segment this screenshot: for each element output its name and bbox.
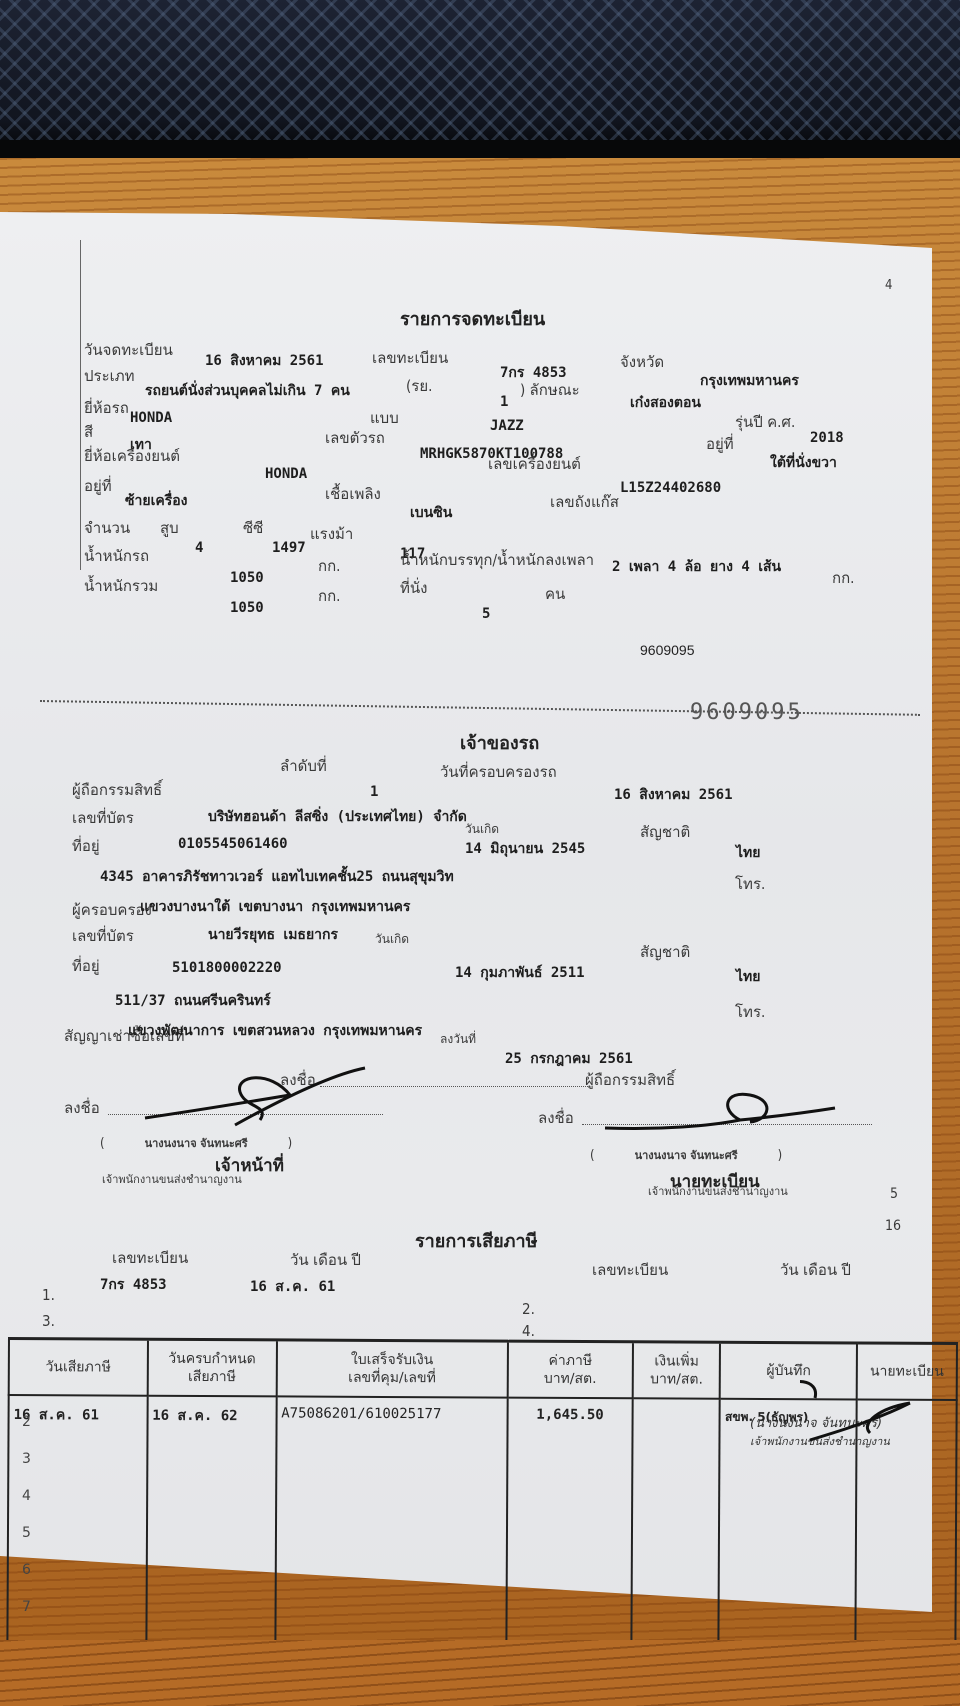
tax-entry-num-2: 2. xyxy=(522,1300,535,1318)
label-hp: แรงม้า xyxy=(310,522,353,546)
tax-entry-plate-1: 7กร 4853 xyxy=(100,1274,167,1296)
tax-plate-label-2: เลขทะเบียน xyxy=(592,1258,668,1282)
value-possessor-nationality: ไทย xyxy=(736,966,760,988)
value-possessor-id: 5101800002220 xyxy=(172,960,282,976)
officer-name: นางนงนาจ จันทนะศรี xyxy=(105,1137,288,1150)
value-holder-name: บริษัทฮอนด้า ลีสซิ่ง (ประเทศไทย) จำกัด xyxy=(208,806,467,828)
margin-number-1: 5 xyxy=(890,1186,898,1202)
value-lease-date: 25 กรกฎาคม 2561 xyxy=(505,1048,633,1070)
label-possessor-birth: วันเกิด xyxy=(375,930,409,949)
value-type: รถยนต์นั่งส่วนบุคคลไม่เกิน 7 คน xyxy=(145,380,350,402)
cell-due-date: 16 ส.ค. 62 xyxy=(146,1396,276,1656)
value-cc: 1497 xyxy=(272,540,306,556)
label-model-year: รุ่นปี ค.ศ. xyxy=(735,410,795,434)
row-number: 4 xyxy=(22,1478,31,1515)
value-holder-address1: 4345 อาคารภิรัชทาวเวอร์ แอทไบเทคชั้น25 ถ… xyxy=(100,866,454,888)
owner-title: เจ้าของรถ xyxy=(460,728,539,757)
label-body: ) ลักษณะ xyxy=(520,378,580,402)
label-sign-officer: ลงชื่อ xyxy=(64,1096,100,1120)
officer-name-paren: (นางนงนาจ จันทนะศรี) xyxy=(100,1134,292,1152)
label-ownership-holder: ผู้ถือกรรมสิทธิ์ xyxy=(72,778,162,802)
page-marker: 4 xyxy=(885,278,892,293)
label-possessor-nationality: สัญชาติ xyxy=(640,940,690,964)
value-holder-nationality: ไทย xyxy=(736,842,760,864)
row-number: 6 xyxy=(22,1552,31,1589)
value-brand: HONDA xyxy=(130,410,172,426)
label-province: จังหวัด xyxy=(620,350,664,374)
row-number: 7 xyxy=(22,1589,31,1626)
label-holder-address: ที่อยู่ xyxy=(72,834,100,858)
value-seats: 5 xyxy=(482,606,490,622)
col-extra: เงินเพิ่ม บาท/สต. xyxy=(633,1342,721,1399)
value-possession-date: 16 สิงหาคม 2561 xyxy=(614,784,733,806)
background-mat xyxy=(0,0,960,150)
cell-extra xyxy=(631,1398,720,1657)
value-possessor-address1: 511/37 ถนนศรีนครินทร์ xyxy=(115,990,271,1012)
mat-edge xyxy=(0,140,960,160)
label-order: ลำดับที่ xyxy=(280,754,327,778)
value-reg-date: 16 สิงหาคม 2561 xyxy=(205,350,324,372)
label-holder-card: เลขที่บัตร xyxy=(72,806,134,830)
row-number: 2 xyxy=(22,1404,31,1441)
label-seats: ที่นั่ง xyxy=(400,576,427,600)
label-holder-role: ผู้ถือกรรมสิทธิ์ xyxy=(585,1068,675,1092)
label-sign-registrar: ลงชื่อ xyxy=(538,1106,574,1130)
registrar-name: นางนงนาจ จันทนะศรี xyxy=(595,1149,778,1162)
label-count: จำนวน xyxy=(84,516,130,540)
officer-signature xyxy=(140,1060,370,1130)
value-fuel: เบนซิน xyxy=(410,502,452,524)
label-ry: (รย. xyxy=(406,374,432,398)
tax-date-label-2: วัน เดือน ปี xyxy=(780,1258,851,1282)
label-possession-date: วันที่ครอบครองรถ xyxy=(440,760,557,784)
registrar-position: เจ้าพนักงานขนส่งชำนาญงาน xyxy=(648,1182,788,1200)
tax-entry-date-1: 16 ส.ค. 61 xyxy=(250,1276,335,1298)
serial-number-faded: 9609095 xyxy=(690,700,804,725)
row-number: 5 xyxy=(22,1515,31,1552)
label-type: ประเภท xyxy=(84,364,135,388)
label-cylinders: สูบ xyxy=(160,516,179,540)
registrar-signature xyxy=(600,1090,840,1140)
tax-plate-label-1: เลขทะเบียน xyxy=(112,1246,188,1270)
col-receipt: ใบเสร็จรับเงิน เลขที่คุม/เลขที่ xyxy=(276,1340,507,1398)
value-holder-address2: แขวงบางนาใต้ เขตบางนา กรุงเทพมหานคร xyxy=(140,896,410,918)
label-possessor-card: เลขที่บัตร xyxy=(72,924,134,948)
value-engine-brand: HONDA xyxy=(265,466,307,482)
value-model: JAZZ xyxy=(490,418,524,434)
wooden-table-bottom xyxy=(0,1640,960,1706)
label-lease-date: ลงวันที่ xyxy=(440,1030,476,1049)
label-possessor-address: ที่อยู่ xyxy=(72,954,100,978)
registrar-name-paren: (นางนงนาจ จันทนะศรี) xyxy=(590,1146,782,1164)
value-engine-loc: ซ้ายเครื่อง xyxy=(125,490,187,512)
label-brand: ยี่ห้อรถ xyxy=(84,396,129,420)
label-engine-brand: ยี่ห้อเครื่องยนต์ xyxy=(84,444,180,468)
label-color: สี xyxy=(84,420,93,444)
value-engine-no: L15Z24402680 xyxy=(620,480,721,496)
label-kg-3: กก. xyxy=(318,584,340,608)
margin-line xyxy=(80,240,81,570)
value-province: กรุงเทพมหานคร xyxy=(700,370,799,392)
value-body: เก๋งสองตอน xyxy=(630,392,701,414)
label-chassis: เลขตัวรถ xyxy=(325,426,385,450)
value-axles: 2 เพลา 4 ล้อ ยาง 4 เส้น xyxy=(612,556,781,578)
label-engine-loc: อยู่ที่ xyxy=(84,474,112,498)
label-vehicle-weight: น้ำหนักรถ xyxy=(84,544,149,568)
serial-number: 9609095 xyxy=(640,642,695,658)
officer-position: เจ้าพนักงานขนส่งชำนาญงาน xyxy=(102,1170,242,1188)
value-possessor-name: นายวีรยุทธ เมธยากร xyxy=(208,924,338,946)
label-chassis-loc: อยู่ที่ xyxy=(706,432,734,456)
label-holder-nationality: สัญชาติ xyxy=(640,820,690,844)
label-fuel: เชื้อเพลิง xyxy=(325,482,381,506)
value-holder-birth: 14 มิถุนายน 2545 xyxy=(465,838,585,860)
value-ry: 1 xyxy=(500,394,508,410)
tax-title: รายการเสียภาษี xyxy=(415,1226,538,1255)
label-kg-2: กก. xyxy=(832,566,854,590)
label-reg-date: วันจดทะเบียน xyxy=(84,338,173,362)
label-load-axle: น้ำหนักบรรทุก/น้ำหนักลงเพลา xyxy=(400,548,594,572)
value-cylinders: 4 xyxy=(195,540,203,556)
label-persons: คน xyxy=(545,582,565,606)
value-order: 1 xyxy=(370,784,378,800)
tax-entry-num-3: 3. xyxy=(42,1312,55,1330)
label-cc: ซีซี xyxy=(243,516,263,540)
registration-title: รายการจดทะเบียน xyxy=(400,304,545,333)
col-due-date: วันครบกำหนด เสียภาษี xyxy=(147,1339,276,1396)
label-plate: เลขทะเบียน xyxy=(372,346,448,370)
row-numbers: 2 3 4 5 6 7 xyxy=(22,1404,31,1626)
col-paid-date: วันเสียภาษี xyxy=(9,1339,148,1396)
label-total-weight: น้ำหนักรวม xyxy=(84,574,158,598)
value-chassis-loc: ใต้ที่นั่งขวา xyxy=(770,452,837,474)
margin-number-2: 16 xyxy=(885,1218,901,1234)
label-possessor-phone: โทร. xyxy=(735,1000,765,1024)
cell-receipt: A75086201/610025177 xyxy=(275,1396,507,1656)
row-number: 3 xyxy=(22,1441,31,1478)
col-tax: ค่าภาษี บาท/สต. xyxy=(507,1341,633,1398)
tax-date-label-1: วัน เดือน ปี xyxy=(290,1248,361,1272)
label-kg-1: กก. xyxy=(318,554,340,578)
label-holder-birth: วันเกิด xyxy=(465,820,499,839)
cell-tax: 1,645.50 xyxy=(506,1398,633,1658)
value-vehicle-weight: 1050 xyxy=(230,570,264,586)
value-total-weight: 1050 xyxy=(230,600,264,616)
value-holder-id: 0105545061460 xyxy=(178,836,288,852)
tax-entry-num-4: 4. xyxy=(522,1322,535,1340)
label-engine-no: เลขเครื่องยนต์ xyxy=(488,452,581,476)
value-model-year: 2018 xyxy=(810,430,844,446)
recorder-signature xyxy=(800,1378,920,1448)
value-possessor-birth: 14 กุมภาพันธ์ 2511 xyxy=(455,962,585,984)
label-gas-tank: เลขถังแก๊ส xyxy=(550,490,619,514)
value-possessor-address2: แขวงพัฒนาการ เขตสวนหลวง กรุงเทพมหานคร xyxy=(128,1020,422,1042)
tax-entry-num-1: 1. xyxy=(42,1286,55,1304)
label-holder-phone: โทร. xyxy=(735,872,765,896)
